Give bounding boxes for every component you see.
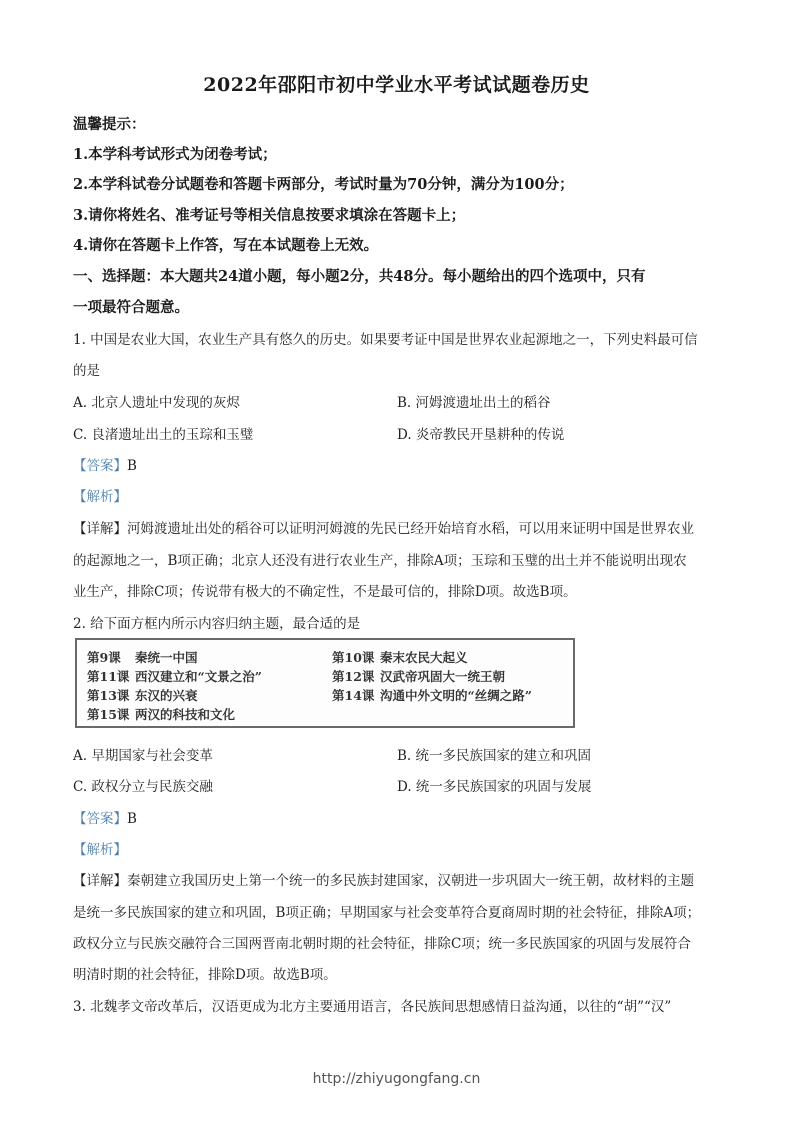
answer-value: B: [127, 811, 137, 827]
lesson-item: 第12课汉武帝巩固大一统王朝: [332, 667, 505, 685]
q2-option-a: A. 早期国家与社会变革: [73, 744, 213, 764]
q2-option-d: D. 统一多民族国家的巩固与发展: [397, 775, 591, 795]
answer-tag: 【答案】: [73, 811, 127, 827]
q1-option-c: C. 良渚遗址出土的玉琮和玉璧: [73, 423, 253, 443]
q2-detail-line3: 政权分立与民族交融符合三国两晋南北朝时期的社会特征，排除C项；统一多民族国家的巩…: [73, 932, 691, 952]
lesson-item: 第11课西汉建立和“文景之治”: [87, 667, 262, 685]
q1-stem-line1: 1. 中国是农业大国，农业生产具有悠久的历史。如果要考证中国是世界农业起源地之一…: [73, 328, 698, 348]
q1-detail-line3: 业生产，排除C项；传说带有极大的不确定性，不是最可信的，排除D项。故选B项。: [73, 580, 577, 600]
analysis-tag: 【解析】: [73, 489, 127, 505]
q1-stem-line2: 的是: [73, 359, 100, 379]
notice-heading: 温馨提示：: [73, 113, 146, 134]
notice-item-2: 2.本学科试卷分试题卷和答题卡两部分，考试时量为70分钟，满分为100分；: [73, 173, 574, 194]
lesson-item: 第10课秦末农民大起义: [332, 648, 468, 666]
section-heading-line2: 一项最符合题意。: [73, 296, 189, 317]
detail-text: 河姆渡遗址出处的稻谷可以证明河姆渡的先民已经开始培育水稻，可以用来证明中国是世界…: [127, 521, 694, 537]
q1-answer: 【答案】B: [73, 454, 137, 474]
lesson-list-box: 第9课秦统一中国 第10课秦末农民大起义 第11课西汉建立和“文景之治” 第12…: [75, 638, 575, 728]
lesson-item: 第15课两汉的科技和文化: [87, 705, 235, 723]
q2-answer: 【答案】B: [73, 807, 137, 827]
lesson-item: 第9课秦统一中国: [87, 648, 198, 666]
q1-option-a: A. 北京人遗址中发现的灰烬: [73, 391, 240, 411]
q2-option-b: B. 统一多民族国家的建立和巩固: [397, 744, 591, 764]
q1-analysis-tag: 【解析】: [73, 485, 127, 505]
notice-item-1: 1.本学科考试形式为闭卷考试；: [73, 143, 277, 164]
q1-option-b: B. 河姆渡遗址出土的稻谷: [397, 391, 551, 411]
q1-detail-line2: 的起源地之一，B项正确；北京人还没有进行农业生产，排除A项；玉琮和玉璧的出土并不…: [73, 549, 687, 569]
analysis-tag: 【解析】: [73, 842, 127, 858]
q2-detail-line4: 明清时期的社会特征，排除D项。故选B项。: [73, 963, 337, 983]
q2-stem: 2. 给下面方框内所示内容归纳主题，最合适的是: [73, 612, 360, 632]
q2-detail-line2: 是统一多民族国家的建立和巩固，B项正确；早期国家与社会变革符合夏商周时期的社会特…: [73, 901, 700, 921]
q2-detail-line1: 【详解】秦朝建立我国历史上第一个统一的多民族封建国家，汉朝进一步巩固大一统王朝，…: [73, 869, 694, 889]
lesson-item: 第13课东汉的兴衰: [87, 686, 198, 704]
notice-item-4: 4.请你在答题卡上作答，写在本试题卷上无效。: [73, 234, 378, 255]
lesson-item: 第14课沟通中外文明的“丝绸之路”: [332, 686, 532, 704]
q1-option-d: D. 炎帝教民开垦耕种的传说: [397, 423, 564, 443]
notice-item-3: 3.请你将姓名、准考证号等相关信息按要求填涂在答题卡上；: [73, 204, 465, 225]
q1-detail-line1: 【详解】河姆渡遗址出处的稻谷可以证明河姆渡的先民已经开始培育水稻，可以用来证明中…: [73, 517, 694, 537]
answer-tag: 【答案】: [73, 458, 127, 474]
footer-url[interactable]: http://zhiyugongfang.cn: [0, 1071, 793, 1087]
q2-analysis-tag: 【解析】: [73, 838, 127, 858]
document-title: 2022年邵阳市初中学业水平考试试题卷历史: [0, 70, 793, 97]
detail-tag: 【详解】: [73, 521, 127, 537]
answer-value: B: [127, 458, 137, 474]
exam-page: 2022年邵阳市初中学业水平考试试题卷历史 温馨提示： 1.本学科考试形式为闭卷…: [0, 0, 793, 1122]
section-heading-line1: 一、选择题：本大题共24道小题，每小题2分，共48分。每小题给出的四个选项中，只…: [73, 265, 645, 286]
q3-stem-line1: 3. 北魏孝文帝改革后，汉语更成为北方主要通用语言，各民族间思想感情日益沟通，以…: [73, 995, 671, 1015]
detail-text: 秦朝建立我国历史上第一个统一的多民族封建国家，汉朝进一步巩固大一统王朝，故材料的…: [127, 873, 694, 889]
detail-tag: 【详解】: [73, 873, 127, 889]
q2-option-c: C. 政权分立与民族交融: [73, 775, 213, 795]
